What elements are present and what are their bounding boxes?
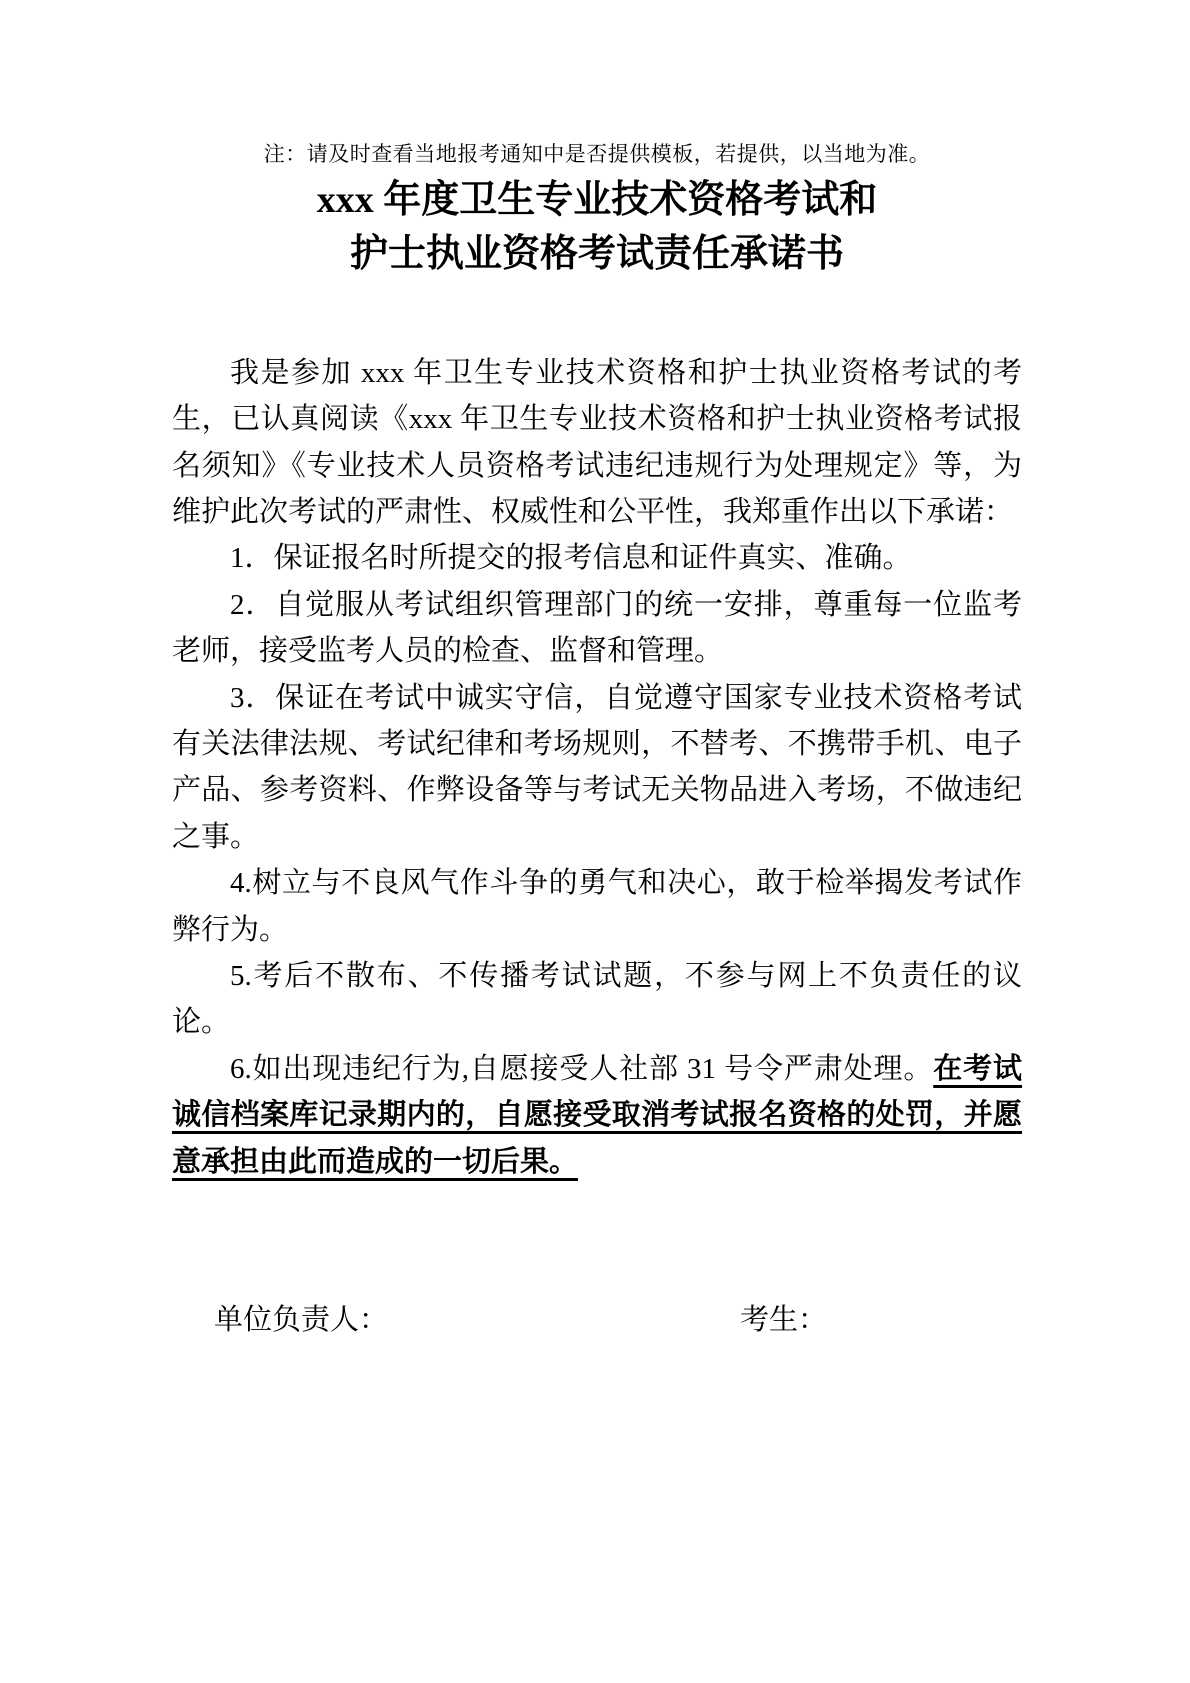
signature-candidate-label: 考生： (740, 1297, 827, 1338)
commitment-item-1: 1．保证报名时所提交的报考信息和证件真实、准确。 (172, 535, 1022, 581)
commitment-item-6: 6.如出现违纪行为,自愿接受人社部 31 号令严肃处理。在考试诚信档案库记录期内… (172, 1046, 1022, 1185)
intro-paragraph: 我是参加 xxx 年卫生专业技术资格和护士执业资格考试的考生，已认真阅读《xxx… (172, 350, 1022, 536)
document-title-line1: xxx 年度卫生专业技术资格考试和 (317, 179, 878, 221)
template-note: 注：请及时查看当地报考通知中是否提供模板，若提供，以当地为准。 (172, 138, 1022, 168)
commitment-item-4: 4.树立与不良风气作斗争的勇气和决心，敢于检举揭发考试作弊行为。 (172, 860, 1022, 953)
signature-row: 单位负责人： 考生： (172, 1297, 1022, 1338)
document-page: 注：请及时查看当地报考通知中是否提供模板，若提供，以当地为准。 xxx 年度卫生… (0, 0, 1190, 1683)
commitment-item-3: 3．保证在考试中诚实守信，自觉遵守国家专业技术资格考试有关法律法规、考试纪律和考… (172, 675, 1022, 861)
document-title: xxx 年度卫生专业技术资格考试和 护士执业资格考试责任承诺书 (172, 174, 1022, 282)
commitment-item-6-text: 6.如出现违纪行为,自愿接受人社部 31 号令严肃处理。 (230, 1053, 933, 1085)
document-content: 注：请及时查看当地报考通知中是否提供模板，若提供，以当地为准。 xxx 年度卫生… (0, 0, 1190, 1338)
document-body: 我是参加 xxx 年卫生专业技术资格和护士执业资格考试的考生，已认真阅读《xxx… (172, 350, 1022, 1185)
document-title-line2: 护士执业资格考试责任承诺书 (350, 233, 844, 275)
signature-unit-label: 单位负责人： (214, 1297, 388, 1338)
commitment-item-2: 2．自觉服从考试组织管理部门的统一安排，尊重每一位监考老师，接受监考人员的检查、… (172, 582, 1022, 675)
commitment-item-5: 5.考后不散布、不传播考试试题，不参与网上不负责任的议论。 (172, 953, 1022, 1046)
